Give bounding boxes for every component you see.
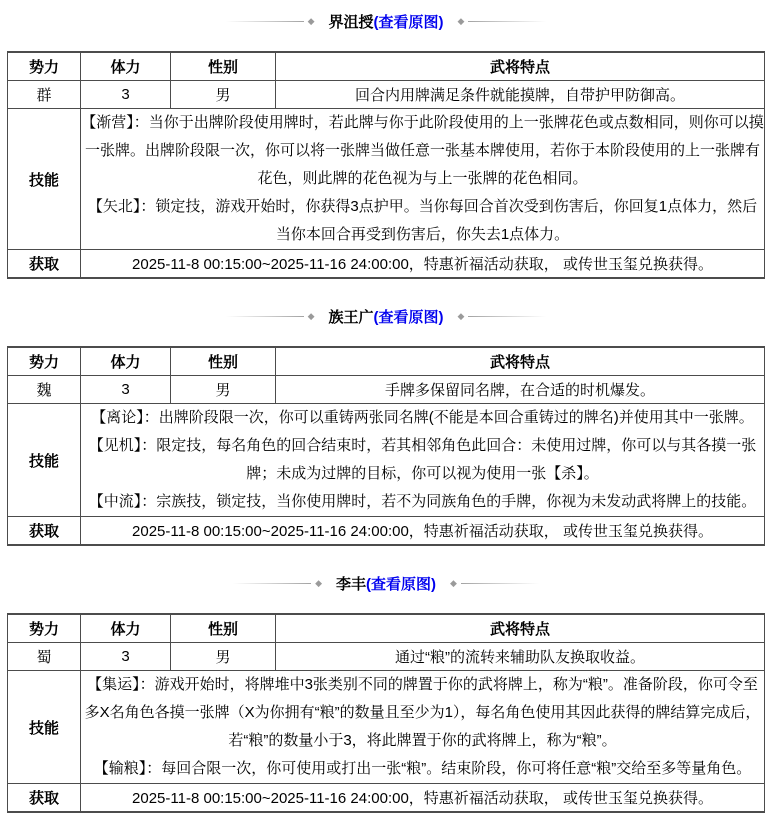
character-title: 李丰(查看原图) [336,573,436,594]
header-traits: 武将特点 [276,347,765,376]
header-hp: 体力 [81,52,171,81]
title-divider-right [468,316,546,317]
section-title-3: ◆ 李丰(查看原图) ◆ [7,572,765,594]
title-divider-right [461,583,539,584]
header-gender: 性别 [171,614,276,643]
character-section-3: ◆ 李丰(查看原图) ◆ 势力 体力 性别 武将特点 蜀 3 男 通过 [7,572,765,813]
trait-value: 回合内用牌满足条件就能摸牌，自带护甲防御高。 [276,81,765,109]
diamond-icon: ◆ [308,17,315,26]
skill-text: 【输粮】：每回合限一次，你可使用或打出一张“粮”。结束阶段，你可将任意“粮”交给… [81,755,764,783]
acquire-label: 获取 [8,517,81,546]
acquire-content: 2025-11-8 00:15:00~2025-11-16 24:00:00，特… [81,250,765,279]
title-divider-left [226,21,304,22]
skills-content: 【集运】：游戏开始时，将牌堆中3张类别不同的牌置于你的武将牌上，称为“粮”。准备… [81,671,765,784]
header-gender: 性别 [171,52,276,81]
header-faction: 势力 [8,347,81,376]
section-title-2: ◆ 族王广(查看原图) ◆ [7,305,765,327]
gender-value: 男 [171,643,276,671]
table-header-row: 势力 体力 性别 武将特点 [8,52,765,81]
skill-text: 【见机】：限定技，每名角色的回合结束时，若其相邻角色此回合：未使用过牌，你可以与… [81,432,764,488]
faction-value: 群 [8,81,81,109]
gender-value: 男 [171,376,276,404]
hp-value: 3 [81,81,171,109]
character-title: 族王广(查看原图) [328,306,443,327]
character-table-2: 势力 体力 性别 武将特点 魏 3 男 手牌多保留同名牌，在合适的时机爆发。 技… [7,346,765,546]
page: ◆ 界沮授(查看原图) ◆ 势力 体力 性别 武将特点 群 3 男 回 [7,0,765,813]
title-divider-right [468,21,546,22]
acquire-content: 2025-11-8 00:15:00~2025-11-16 24:00:00，特… [81,517,765,546]
table-row-acquire: 获取 2025-11-8 00:15:00~2025-11-16 24:00:0… [8,784,765,813]
table-header-row: 势力 体力 性别 武将特点 [8,614,765,643]
table-row-acquire: 获取 2025-11-8 00:15:00~2025-11-16 24:00:0… [8,517,765,546]
faction-value: 魏 [8,376,81,404]
acquire-label: 获取 [8,250,81,279]
acquire-label: 获取 [8,784,81,813]
faction-value: 蜀 [8,643,81,671]
table-row-stats: 蜀 3 男 通过“粮”的流转来辅助队友换取收益。 [8,643,765,671]
table-row-skills: 技能 【渐营】：当你于出牌阶段使用牌时，若此牌与你于此阶段使用的上一张牌花色或点… [8,109,765,250]
character-name: 李丰 [336,576,366,593]
character-name: 族王广 [328,309,373,326]
skills-content: 【离论】：出牌阶段限一次，你可以重铸两张同名牌(不能是本回合重铸过的牌名)并使用… [81,404,765,517]
character-section-1: ◆ 界沮授(查看原图) ◆ 势力 体力 性别 武将特点 群 3 男 回 [7,10,765,279]
character-table-3: 势力 体力 性别 武将特点 蜀 3 男 通过“粮”的流转来辅助队友换取收益。 技… [7,613,765,813]
diamond-icon: ◆ [450,579,457,588]
view-original-link[interactable]: (查看原图) [374,309,444,326]
table-header-row: 势力 体力 性别 武将特点 [8,347,765,376]
diamond-icon: ◆ [458,312,465,321]
skills-label: 技能 [8,109,81,250]
hp-value: 3 [81,376,171,404]
diamond-icon: ◆ [458,17,465,26]
skill-text: 【离论】：出牌阶段限一次，你可以重铸两张同名牌(不能是本回合重铸过的牌名)并使用… [81,404,764,432]
skill-text: 【集运】：游戏开始时，将牌堆中3张类别不同的牌置于你的武将牌上，称为“粮”。准备… [81,671,764,755]
character-table-1: 势力 体力 性别 武将特点 群 3 男 回合内用牌满足条件就能摸牌，自带护甲防御… [7,51,765,279]
header-hp: 体力 [81,614,171,643]
diamond-icon: ◆ [308,312,315,321]
trait-value: 手牌多保留同名牌，在合适的时机爆发。 [276,376,765,404]
header-gender: 性别 [171,347,276,376]
skills-content: 【渐营】：当你于出牌阶段使用牌时，若此牌与你于此阶段使用的上一张牌花色或点数相同… [81,109,765,250]
trait-value: 通过“粮”的流转来辅助队友换取收益。 [276,643,765,671]
section-title-1: ◆ 界沮授(查看原图) ◆ [7,10,765,32]
hp-value: 3 [81,643,171,671]
view-original-link[interactable]: (查看原图) [374,14,444,31]
header-traits: 武将特点 [276,614,765,643]
skill-text: 【渐营】：当你于出牌阶段使用牌时，若此牌与你于此阶段使用的上一张牌花色或点数相同… [81,109,764,193]
title-divider-left [233,583,311,584]
acquire-content: 2025-11-8 00:15:00~2025-11-16 24:00:00，特… [81,784,765,813]
character-title: 界沮授(查看原图) [328,11,443,32]
table-row-skills: 技能 【集运】：游戏开始时，将牌堆中3张类别不同的牌置于你的武将牌上，称为“粮”… [8,671,765,784]
skills-label: 技能 [8,404,81,517]
view-original-link[interactable]: (查看原图) [366,576,436,593]
header-faction: 势力 [8,52,81,81]
character-name: 界沮授 [328,14,373,31]
diamond-icon: ◆ [315,579,322,588]
header-hp: 体力 [81,347,171,376]
skill-text: 【矢北】：锁定技，游戏开始时，你获得3点护甲。当你每回合首次受到伤害后，你回复1… [81,193,764,249]
skill-text: 【中流】：宗族技，锁定技，当你使用牌时，若不为同族角色的手牌，你视为未发动武将牌… [81,488,764,516]
title-divider-left [226,316,304,317]
skills-label: 技能 [8,671,81,784]
table-row-skills: 技能 【离论】：出牌阶段限一次，你可以重铸两张同名牌(不能是本回合重铸过的牌名)… [8,404,765,517]
gender-value: 男 [171,81,276,109]
table-row-stats: 魏 3 男 手牌多保留同名牌，在合适的时机爆发。 [8,376,765,404]
header-traits: 武将特点 [276,52,765,81]
table-row-stats: 群 3 男 回合内用牌满足条件就能摸牌，自带护甲防御高。 [8,81,765,109]
table-row-acquire: 获取 2025-11-8 00:15:00~2025-11-16 24:00:0… [8,250,765,279]
character-section-2: ◆ 族王广(查看原图) ◆ 势力 体力 性别 武将特点 魏 3 男 手 [7,305,765,546]
header-faction: 势力 [8,614,81,643]
